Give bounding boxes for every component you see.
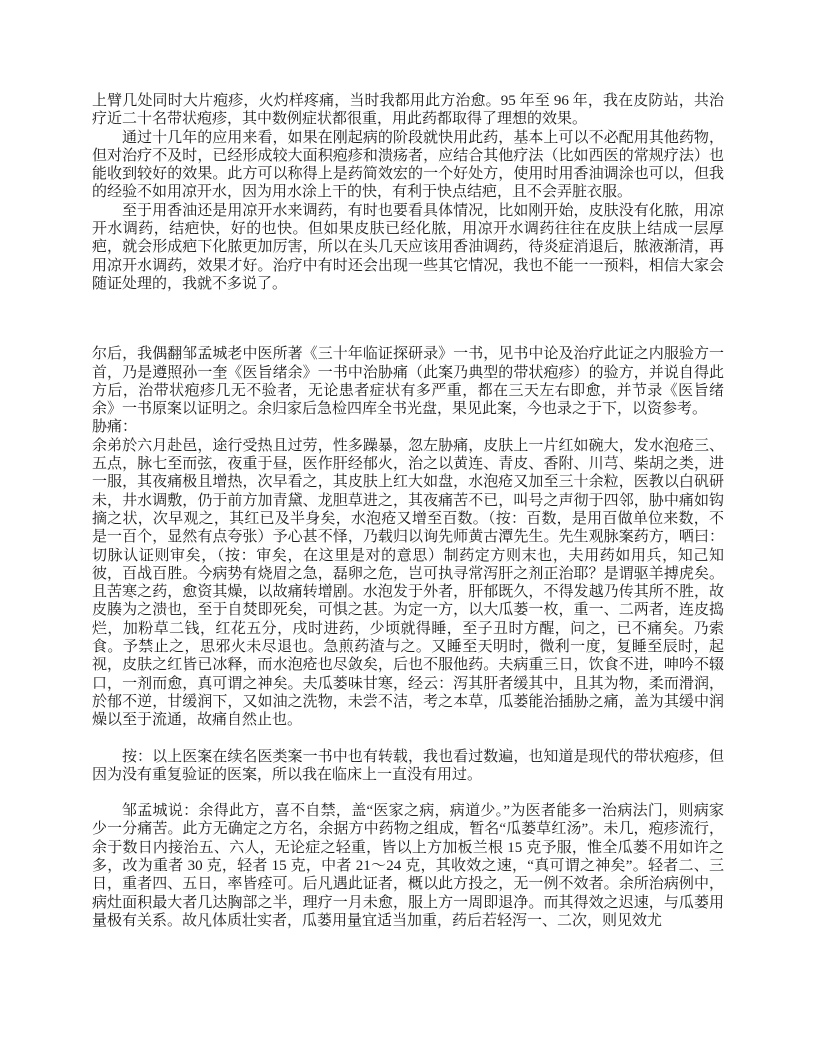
paragraph-classical-medical-case: 余弟於六月赴邑，途行受热且过劳，性多躁暴，忽左胁痛，皮肤上一片红如碗大，发水泡疮… (92, 437, 724, 730)
paragraph-author-note: 按：以上医案在续名医类案一书中也有转载，我也看过数遍，也知道是现代的带状疱疹，但… (92, 748, 724, 785)
paragraph-zou-mengcheng-book: 尔后，我偶翻邹孟城老中医所著《三十年临证探研录》一书，见书中论及治疗此证之内服验… (92, 345, 724, 418)
paragraph-ten-years-experience: 通过十几年的应用来看，如果在刚起病的阶段就快用此药，基本上可以不必配用其他药物，… (92, 129, 724, 202)
paragraph-sesame-oil-vs-water: 至于用香油还是用凉开水来调药，有时也要看具体情况，比如刚开始，皮肤没有化脓，用凉… (92, 202, 724, 293)
paragraph-shingles-cases: 上臂几处同时大片疱疹，火灼样疼痛，当时我都用此方治愈。95 年至 96 年，我在… (92, 92, 724, 129)
document-page: 上臂几处同时大片疱疹，火灼样疼痛，当时我都用此方治愈。95 年至 96 年，我在… (0, 0, 816, 1056)
section-heading-xietong: 胁痛： (92, 418, 724, 436)
paragraph-zou-mengcheng-comment: 邹孟城说：余得此方，喜不自禁，盖“医家之病，病道少。”为医者能多一治病法门，则病… (92, 802, 724, 930)
